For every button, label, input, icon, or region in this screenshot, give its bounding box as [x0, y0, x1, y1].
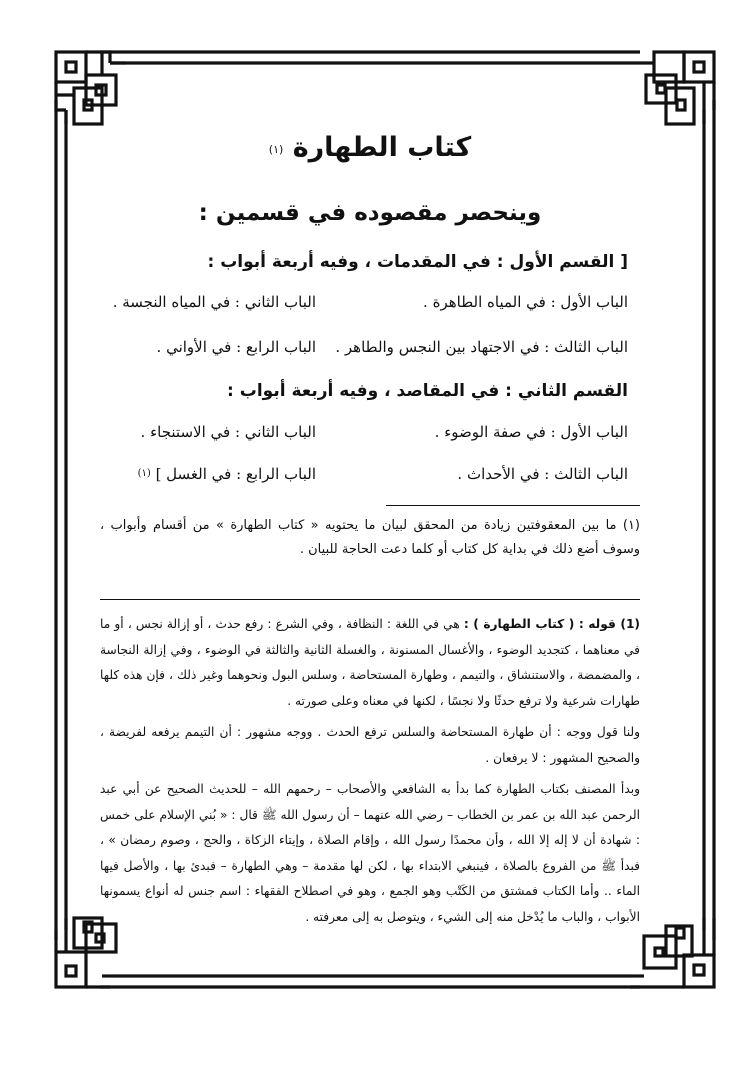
- section-1-row-2: الباب الثالث : في الاجتهاد بين النجس وال…: [100, 335, 628, 359]
- chapter-1-1: الباب الأول : في المياه الطاهرة .: [316, 290, 628, 314]
- section-1-row-1: الباب الأول : في المياه الطاهرة . الباب …: [100, 290, 628, 314]
- section-2-heading: القسم الثاني : في المقاصد ، وفيه أربعة أ…: [100, 378, 628, 404]
- chapter-1-3: الباب الثالث : في الاجتهاد بين النجس وال…: [316, 335, 628, 359]
- corner-knot-top-right: [630, 52, 714, 124]
- footnote-divider: [386, 505, 640, 506]
- chapter-1-4: الباب الرابع : في الأواني .: [100, 335, 316, 359]
- book-title-text: كتاب الطهارة: [293, 132, 472, 163]
- chapter-2-2: الباب الثاني : في الاستنجاء .: [100, 420, 316, 444]
- corner-knot-bottom-right: [630, 918, 714, 987]
- chapter-2-4-footnote-ref: (١): [138, 468, 151, 479]
- commentary-paragraph-1: (1) قوله : ( كتاب الطهارة ) : هي في اللغ…: [100, 612, 640, 714]
- editor-footnote: (١) ما بين المعقوفتين زيادة من المحقق لب…: [100, 514, 640, 562]
- chapter-1-2: الباب الثاني : في المياه النجسة .: [100, 290, 316, 314]
- book-title: كتاب الطهارة (١): [100, 130, 640, 166]
- commentary-text-3: وبدأ المصنف بكتاب الطهارة كما بدأ به الش…: [100, 782, 640, 924]
- section-2-row-1: الباب الأول : في صفة الوضوء . الباب الثا…: [100, 420, 628, 444]
- section-2-row-2: الباب الثالث : في الأحداث . الباب الرابع…: [100, 462, 628, 486]
- title-footnote-ref: (١): [269, 143, 284, 156]
- commentary-paragraph-2: ولنا قول ووجه : أن طهارة المستحاضة والسل…: [100, 720, 640, 771]
- chapter-2-3: الباب الثالث : في الأحداث .: [316, 462, 628, 486]
- commentary-paragraph-3: وبدأ المصنف بكتاب الطهارة كما بدأ به الش…: [100, 777, 640, 930]
- book-page: كتاب الطهارة (١) وينحصر مقصوده في قسمين …: [0, 0, 740, 1074]
- book-subtitle: وينحصر مقصوده في قسمين :: [100, 196, 640, 230]
- corner-knot-top-left: [56, 52, 126, 124]
- chapter-2-1: الباب الأول : في صفة الوضوء .: [316, 420, 628, 444]
- commentary-text-2: ولنا قول ووجه : أن طهارة المستحاضة والسل…: [100, 725, 640, 765]
- commentary-lead: (1) قوله : ( كتاب الطهارة ) :: [464, 617, 640, 631]
- commentary-divider: [100, 599, 640, 600]
- section-1-heading: [ القسم الأول : في المقدمات ، وفيه أربعة…: [100, 249, 628, 275]
- chapter-2-4: الباب الرابع : في الغسل ] (١): [100, 462, 316, 486]
- chapter-2-4-text: الباب الرابع : في الغسل ]: [156, 465, 316, 483]
- commentary-block: (1) قوله : ( كتاب الطهارة ) : هي في اللغ…: [100, 612, 640, 936]
